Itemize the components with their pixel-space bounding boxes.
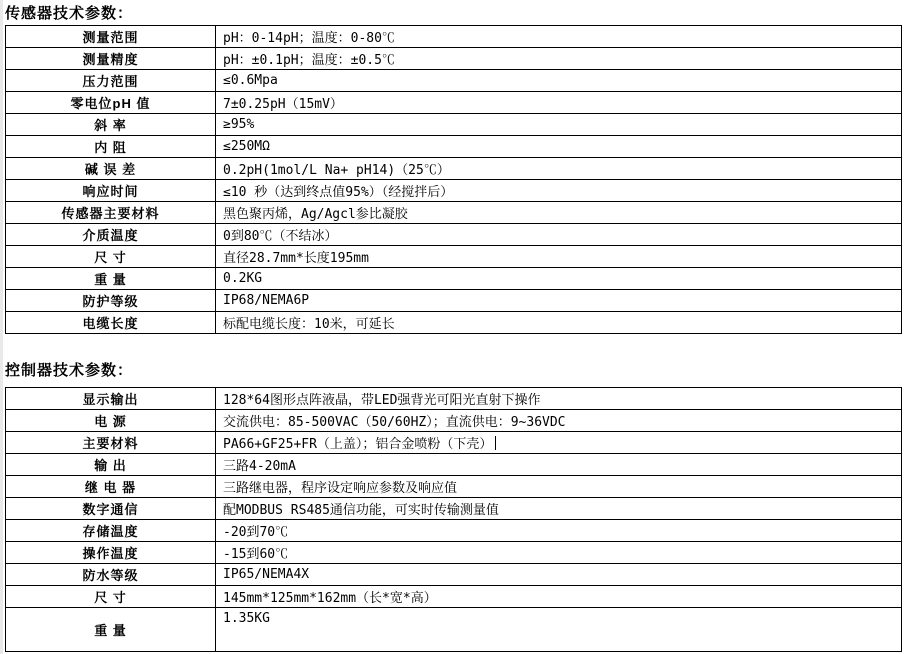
spec-row: 数字通信配MODBUS RS485通信功能，可实时传输测量值 xyxy=(6,498,902,520)
spec-value-cell: 三路4-20mA xyxy=(216,454,902,476)
spec-label-cell: 斜 率 xyxy=(6,114,216,136)
spec-value-text: ≥95% xyxy=(223,117,254,132)
spec-row: 电 源交流供电：85-500VAC（50/60HZ）；直流供电：9~36VDC xyxy=(6,410,902,432)
spec-value-cell: IP65/NEMA4X xyxy=(216,564,902,586)
spec-row: 重 量0.2KG xyxy=(6,268,902,290)
spec-value-cell: ≤10 秒（达到终点值95%）（经搅拌后） xyxy=(216,180,902,202)
spec-value-cell: -20到70℃ xyxy=(216,520,902,542)
spec-value-text: ≤0.6Mpa xyxy=(223,73,278,88)
spec-value-text: 标配电缆长度：10米，可延长 xyxy=(223,317,395,332)
spec-value-text: ≤250MΩ xyxy=(223,139,270,154)
spec-row: 传感器主要材料黑色聚丙烯，Ag/Agcl参比凝胶 xyxy=(6,202,902,224)
spec-value-text: IP68/NEMA6P xyxy=(223,293,309,308)
spec-value-cell: 128*64图形点阵液晶，带LED强背光可阳光直射下操作 xyxy=(216,388,902,410)
sensor-section-title: 传感器技术参数： xyxy=(5,2,133,23)
text-caret xyxy=(495,436,496,450)
spec-row: 操作温度-15到60℃ xyxy=(6,542,902,564)
spec-value-text: 1.35KG xyxy=(223,611,270,626)
spec-value-text: 0到80℃（不结冰） xyxy=(223,229,337,244)
spec-value-text: 配MODBUS RS485通信功能，可实时传输测量值 xyxy=(223,503,499,518)
spec-value-cell: 0.2KG xyxy=(216,268,902,290)
spec-value-cell: 0.2pH(1mol/L Na+ pH14)（25℃） xyxy=(216,158,902,180)
spec-value-cell: 145mm*125mm*162mm（长*宽*高） xyxy=(216,586,902,608)
spec-value-cell: 三路继电器，程序设定响应参数及响应值 xyxy=(216,476,902,498)
spec-row: 零电位pH 值7±0.25pH（15mV） xyxy=(6,92,902,114)
spec-value-text: 0.2pH(1mol/L Na+ pH14)（25℃） xyxy=(223,163,450,178)
spec-value-cell: 1.35KG xyxy=(216,608,902,652)
document-page[interactable]: 传感器技术参数： 测量范围pH：0-14pH；温度：0-80℃测量精度pH：±0… xyxy=(0,0,907,654)
spec-value-text: 三路继电器，程序设定响应参数及响应值 xyxy=(223,481,457,496)
spec-row: 存储温度-20到70℃ xyxy=(6,520,902,542)
spec-row: 碱 误 差0.2pH(1mol/L Na+ pH14)（25℃） xyxy=(6,158,902,180)
spec-row: 继 电 器三路继电器，程序设定响应参数及响应值 xyxy=(6,476,902,498)
spec-label-cell: 内 阻 xyxy=(6,136,216,158)
spec-label-cell: 输 出 xyxy=(6,454,216,476)
spec-value-cell: PA66+GF25+FR（上盖）；铝合金喷粉（下壳） xyxy=(216,432,902,454)
spec-label-cell: 介质温度 xyxy=(6,224,216,246)
spec-value-cell: -15到60℃ xyxy=(216,542,902,564)
spec-value-text: PA66+GF25+FR（上盖）；铝合金喷粉（下壳） xyxy=(223,437,492,452)
spec-label-cell: 响应时间 xyxy=(6,180,216,202)
spec-label-cell: 电 源 xyxy=(6,410,216,432)
spec-value-cell: ≥95% xyxy=(216,114,902,136)
spec-value-text: -15到60℃ xyxy=(223,547,288,562)
spec-value-cell: 配MODBUS RS485通信功能，可实时传输测量值 xyxy=(216,498,902,520)
spec-value-text: 145mm*125mm*162mm（长*宽*高） xyxy=(223,591,437,606)
spec-value-text: pH：0-14pH；温度：0-80℃ xyxy=(223,31,395,46)
controller-section-title: 控制器技术参数： xyxy=(5,359,133,380)
page-edge-strip xyxy=(0,0,3,654)
spec-row: 防水等级IP65/NEMA4X xyxy=(6,564,902,586)
spec-row: 主要材料PA66+GF25+FR（上盖）；铝合金喷粉（下壳） xyxy=(6,432,902,454)
spec-label-cell: 尺 寸 xyxy=(6,586,216,608)
spec-value-text: 交流供电：85-500VAC（50/60HZ）；直流供电：9~36VDC xyxy=(223,415,566,430)
spec-label-cell: 测量范围 xyxy=(6,26,216,48)
spec-row: 响应时间≤10 秒（达到终点值95%）（经搅拌后） xyxy=(6,180,902,202)
spec-row: 介质温度0到80℃（不结冰） xyxy=(6,224,902,246)
spec-value-text: ≤10 秒（达到终点值95%）（经搅拌后） xyxy=(223,185,453,200)
controller-spec-table: 显示输出128*64图形点阵液晶，带LED强背光可阳光直射下操作电 源交流供电：… xyxy=(5,387,902,652)
spec-label-cell: 数字通信 xyxy=(6,498,216,520)
spec-value-cell: 直径28.7mm*长度195mm xyxy=(216,246,902,268)
spec-row: 输 出三路4-20mA xyxy=(6,454,902,476)
spec-row: 测量精度pH：±0.1pH；温度：±0.5℃ xyxy=(6,48,902,70)
spec-row: 重 量1.35KG xyxy=(6,608,902,652)
spec-label-cell: 压力范围 xyxy=(6,70,216,92)
spec-value-cell: 7±0.25pH（15mV） xyxy=(216,92,902,114)
spec-label-cell: 零电位pH 值 xyxy=(6,92,216,114)
spec-row: 测量范围pH：0-14pH；温度：0-80℃ xyxy=(6,26,902,48)
spec-label-cell: 主要材料 xyxy=(6,432,216,454)
spec-label-cell: 操作温度 xyxy=(6,542,216,564)
spec-value-text: 0.2KG xyxy=(223,271,262,286)
spec-value-text: -20到70℃ xyxy=(223,525,288,540)
spec-label-cell: 存储温度 xyxy=(6,520,216,542)
spec-row: 显示输出128*64图形点阵液晶，带LED强背光可阳光直射下操作 xyxy=(6,388,902,410)
spec-label-cell: 测量精度 xyxy=(6,48,216,70)
spec-value-text: 128*64图形点阵液晶，带LED强背光可阳光直射下操作 xyxy=(223,393,540,408)
spec-label-cell: 重 量 xyxy=(6,268,216,290)
spec-label-cell: 防水等级 xyxy=(6,564,216,586)
spec-value-text: 直径28.7mm*长度195mm xyxy=(223,251,369,266)
spec-value-cell: ≤0.6Mpa xyxy=(216,70,902,92)
spec-row: 电缆长度标配电缆长度：10米，可延长 xyxy=(6,312,902,334)
spec-row: 尺 寸直径28.7mm*长度195mm xyxy=(6,246,902,268)
spec-label-cell: 碱 误 差 xyxy=(6,158,216,180)
spec-label-cell: 重 量 xyxy=(6,608,216,652)
spec-value-cell: 交流供电：85-500VAC（50/60HZ）；直流供电：9~36VDC xyxy=(216,410,902,432)
sensor-spec-table: 测量范围pH：0-14pH；温度：0-80℃测量精度pH：±0.1pH；温度：±… xyxy=(5,25,902,334)
spec-label-cell: 传感器主要材料 xyxy=(6,202,216,224)
spec-value-text: 7±0.25pH（15mV） xyxy=(223,97,343,112)
spec-label-cell: 显示输出 xyxy=(6,388,216,410)
spec-label-cell: 防护等级 xyxy=(6,290,216,312)
spec-value-cell: pH：0-14pH；温度：0-80℃ xyxy=(216,26,902,48)
spec-label-cell: 继 电 器 xyxy=(6,476,216,498)
spec-value-cell: 标配电缆长度：10米，可延长 xyxy=(216,312,902,334)
spec-label-cell: 尺 寸 xyxy=(6,246,216,268)
spec-value-cell: 黑色聚丙烯，Ag/Agcl参比凝胶 xyxy=(216,202,902,224)
spec-value-text: pH：±0.1pH；温度：±0.5℃ xyxy=(223,53,395,68)
spec-value-text: 黑色聚丙烯，Ag/Agcl参比凝胶 xyxy=(223,207,408,222)
spec-value-text: 三路4-20mA xyxy=(223,459,296,474)
spec-value-cell: 0到80℃（不结冰） xyxy=(216,224,902,246)
spec-value-cell: pH：±0.1pH；温度：±0.5℃ xyxy=(216,48,902,70)
spec-value-cell: ≤250MΩ xyxy=(216,136,902,158)
spec-row: 尺 寸145mm*125mm*162mm（长*宽*高） xyxy=(6,586,902,608)
spec-row: 斜 率≥95% xyxy=(6,114,902,136)
spec-value-text: IP65/NEMA4X xyxy=(223,567,309,582)
spec-row: 内 阻≤250MΩ xyxy=(6,136,902,158)
spec-value-cell: IP68/NEMA6P xyxy=(216,290,902,312)
spec-row: 压力范围≤0.6Mpa xyxy=(6,70,902,92)
spec-label-cell: 电缆长度 xyxy=(6,312,216,334)
spec-row: 防护等级IP68/NEMA6P xyxy=(6,290,902,312)
